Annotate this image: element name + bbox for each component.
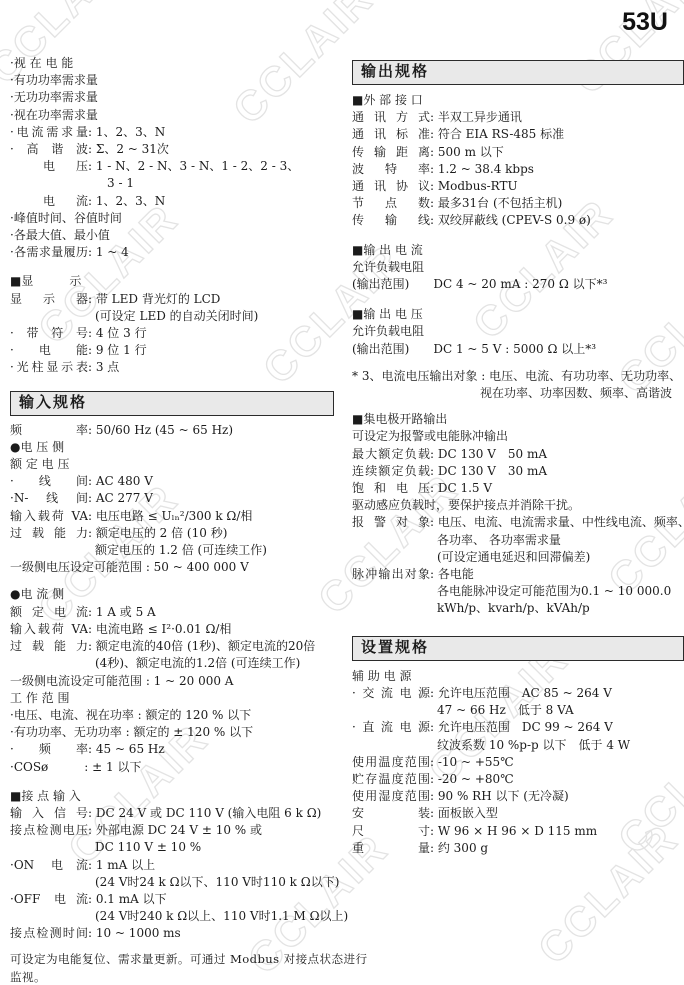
spec-line: 通讯标准: 符合 EIA RS-485 标准: [352, 126, 684, 143]
spec-value: : -10 ~ +55℃: [430, 754, 514, 771]
spec-line: 工 作 范 围: [10, 690, 334, 707]
spec-line: ·频率: 45 ~ 65 Hz: [10, 741, 334, 758]
spec-line: (24 V时24 k Ω以下、110 V时110 k Ω以下): [10, 874, 334, 891]
spec-label: 输入载荷 VA: [10, 508, 88, 525]
spec-value: : 电压、电流、电流需求量、中性线电流、频率、: [430, 514, 684, 531]
spec-line: ■输 出 电 压: [352, 306, 684, 323]
spec-label: ·电流需求量: [10, 124, 88, 141]
spec-line: ·光柱显示表: 3 点: [10, 359, 334, 376]
datasheet-page: CCLAIRCCLAIRCCLAIRCCLAIRCCLAIRCCLAIRCCLA…: [0, 0, 684, 985]
spec-value: : 0.1 mA 以下: [88, 891, 167, 908]
spec-line: ·有功功率、无功功率 : 额定的 ± 120 % 以下: [10, 724, 334, 741]
spec-value: : W 96 × H 96 × D 115 mm: [430, 823, 597, 840]
output-voltage-section: ■输 出 电 压允许负载电阻(输出范围) DC 1 ~ 5 V : 5000 Ω…: [352, 306, 684, 358]
spec-line: 输入载荷 VA: 电压电路 ≤ Uₗₙ²/300 k Ω/相: [10, 508, 334, 525]
spec-line: 监视。: [10, 968, 334, 985]
spec-line: ·电压、电流、视在功率 : 额定的 120 % 以下: [10, 707, 334, 724]
spec-line: 脉冲输出对象: 各电能: [352, 566, 684, 583]
spec-label: 接点检测时间: [10, 925, 88, 942]
spec-label: 电流: [10, 193, 88, 210]
spec-line: ·N-线间: AC 277 V: [10, 490, 334, 507]
spec-line: ■显 示: [10, 273, 334, 290]
model-number: 53U: [622, 8, 668, 37]
spec-line: 纹波系数 10 %p-p 以下 低于 4 W: [352, 737, 684, 754]
spec-label: ·线间: [10, 473, 88, 490]
spec-label: 传输距离: [352, 144, 430, 161]
spec-line: 传输距离: 500 m 以下: [352, 144, 684, 161]
spec-line: 波特率: 1.2 ~ 38.4 kbps: [352, 161, 684, 178]
spec-line: 尺寸: W 96 × H 96 × D 115 mm: [352, 823, 684, 840]
spec-line: 各功率、 各功率需求量: [352, 532, 684, 549]
spec-line: ■输 出 电 流: [352, 242, 684, 259]
spec-value: : 10 ~ 1000 ms: [88, 925, 181, 942]
spec-value: : 额定电压的 2 倍 (10 秒): [88, 525, 227, 542]
spec-line: 3 - 1: [10, 175, 334, 192]
spec-value: : 允许电压范围 AC 85 ~ 264 V: [430, 685, 612, 702]
spec-value: : 45 ~ 65 Hz: [88, 741, 165, 758]
spec-line: 接点检测电压: 外部电源 DC 24 V ± 10 % 或: [10, 822, 334, 839]
spec-line: ·无功功率需求量: [10, 89, 334, 106]
spec-line: 频率: 50/60 Hz (45 ~ 65 Hz): [10, 422, 334, 439]
spec-line: ·直流电源: 允许电压范围 DC 99 ~ 264 V: [352, 719, 684, 736]
spec-label: 贮存温度范围: [352, 771, 430, 788]
spec-value: : 1、2、3、N: [88, 124, 165, 141]
contact-input-note: 可设定为电能复位、需求量更新。可通过 Modbus 对接点状态进行监视。: [10, 950, 334, 985]
spec-line: ·ON 电流: 1 mA 以上: [10, 857, 334, 874]
spec-line: 通讯协议: Modbus-RTU: [352, 178, 684, 195]
setting-specs-header: 设置规格: [352, 636, 684, 661]
spec-label: 接点检测电压: [10, 822, 88, 839]
right-column: 输出规格■外 部 接 口通讯方式: 半双工异步通讯通讯标准: 符合 EIA RS…: [352, 0, 684, 857]
spec-line: 连续额定负载: DC 130 V 30 mA: [352, 463, 684, 480]
spec-label: 通讯协议: [352, 178, 430, 195]
spec-line: 额 定 电 压: [10, 456, 334, 473]
spec-line: ·线间: AC 480 V: [10, 473, 334, 490]
spec-value: : DC 130 V 50 mA: [430, 446, 547, 463]
spec-line: ·视 在 电 能: [10, 55, 334, 72]
spec-value: : DC 130 V 30 mA: [430, 463, 547, 480]
spec-value: : 1 mA 以上: [88, 857, 155, 874]
spec-label: 饱和电压: [352, 480, 430, 497]
display-section: ■显 示显示器: 带 LED 背光灯的 LCD(可设定 LED 的自动关闭时间)…: [10, 273, 334, 376]
spec-label: 连续额定负载: [352, 463, 430, 480]
spec-line: ■外 部 接 口: [352, 92, 684, 109]
spec-label: 显示器: [10, 291, 88, 308]
current-side-section: ●电 流 侧额定电流: 1 A 或 5 A输入载荷 VA: 电流电路 ≤ I²·…: [10, 586, 334, 775]
spec-line: 可设定为电能复位、需求量更新。可通过 Modbus 对接点状态进行: [10, 950, 334, 968]
spec-value: : Σ、2 ~ 31次: [88, 141, 169, 158]
spec-label: ·高谐波: [10, 141, 88, 158]
spec-line: ■集电极开路输出: [352, 411, 684, 428]
spec-line: kWh/p、kvarh/p、kVAh/p: [352, 600, 684, 617]
spec-line: ●电 压 侧: [10, 439, 334, 456]
spec-value: : 约 300 g: [430, 840, 488, 857]
spec-line: DC 110 V ± 10 %: [10, 839, 334, 856]
spec-line: 重量: 约 300 g: [352, 840, 684, 857]
spec-line: 使用温度范围: -10 ~ +55℃: [352, 754, 684, 771]
spec-label: ·交流电源: [352, 685, 430, 702]
spec-value: : AC 277 V: [88, 490, 153, 507]
spec-value: : 最多31台 (不包括主机): [430, 195, 562, 212]
spec-line: ·带符号: 4 位 3 行: [10, 325, 334, 342]
spec-line: 安装: 面板嵌入型: [352, 805, 684, 822]
spec-label: 传输线: [352, 212, 430, 229]
spec-line: 电流: 1、2、3、N: [10, 193, 334, 210]
spec-label: 输入载荷 VA: [10, 621, 88, 638]
spec-line: ·电流需求量: 1、2、3、N: [10, 124, 334, 141]
spec-value: : 1、2、3、N: [88, 193, 165, 210]
spec-value: : 允许电压范围 DC 99 ~ 264 V: [430, 719, 613, 736]
spec-line: 输入信号: DC 24 V 或 DC 110 V (输入电阻 6 k Ω): [10, 805, 334, 822]
spec-label: 过载能力: [10, 525, 88, 542]
spec-line: 过载能力: 额定电压的 2 倍 (10 秒): [10, 525, 334, 542]
spec-value: : 电流电路 ≤ I²·0.01 Ω/相: [88, 621, 231, 638]
spec-value: : Modbus-RTU: [430, 178, 518, 195]
spec-value: : AC 480 V: [88, 473, 153, 490]
spec-value: : 50/60 Hz (45 ~ 65 Hz): [88, 422, 233, 439]
spec-line: (4秒)、额定电流的1.2倍 (可连续工作): [10, 655, 334, 672]
auxiliary-power-section: 辅 助 电 源·交流电源: 允许电压范围 AC 85 ~ 264 V47 ~ 6…: [352, 668, 684, 857]
input-specs-header: 输入规格: [10, 391, 334, 416]
spec-line: 过载能力: 额定电流的40倍 (1秒)、额定电流的20倍: [10, 638, 334, 655]
spec-label: 使用湿度范围: [352, 788, 430, 805]
spec-label: 重量: [352, 840, 430, 857]
spec-line: ·视在功率需求量: [10, 107, 334, 124]
spec-line: ·高谐波: Σ、2 ~ 31次: [10, 141, 334, 158]
spec-value: : 1 A 或 5 A: [88, 604, 156, 621]
spec-value: : 电压电路 ≤ Uₗₙ²/300 k Ω/相: [88, 508, 252, 525]
spec-label: ·带符号: [10, 325, 88, 342]
spec-line: 饱和电压: DC 1.5 V: [352, 480, 684, 497]
spec-label: 脉冲输出对象: [352, 566, 430, 583]
star3-footnote: * 3、电流电压输出对象 : 电压、电流、有功功率、无功功率、视在功率、功率因数…: [352, 368, 684, 402]
voltage-side-section: 频率: 50/60 Hz (45 ~ 65 Hz)●电 压 侧额 定 电 压·线…: [10, 422, 334, 577]
spec-label: 通讯方式: [352, 109, 430, 126]
spec-label: ·电能: [10, 342, 88, 359]
open-collector-section: ■集电极开路输出可设定为报警或电能脉冲输出最大额定负载: DC 130 V 50…: [352, 411, 684, 617]
spec-line: 通讯方式: 半双工异步通讯: [352, 109, 684, 126]
spec-line: 视在功率、功率因数、频率、高谐波: [352, 385, 684, 402]
spec-value: : 4 位 3 行: [88, 325, 147, 342]
external-interface-section: ■外 部 接 口通讯方式: 半双工异步通讯通讯标准: 符合 EIA RS-485…: [352, 92, 684, 230]
spec-label: 电压: [10, 158, 88, 175]
spec-line: 报警对象: 电压、电流、电流需求量、中性线电流、频率、: [352, 514, 684, 531]
left-column: ·视 在 电 能·有功功率需求量·无功功率需求量·视在功率需求量·电流需求量: …: [10, 0, 334, 985]
spec-label: ·ON 电流: [10, 857, 88, 874]
spec-label: 额定电流: [10, 604, 88, 621]
spec-line: (输出范围) DC 4 ~ 20 mA : 270 Ω 以下*³: [352, 276, 684, 293]
spec-value: : DC 1.5 V: [430, 480, 492, 497]
spec-line: ·峰值时间、谷值时间: [10, 210, 334, 227]
spec-line: 允许负载电阻: [352, 259, 684, 276]
spec-line: 一级侧电流设定可能范围 : 1 ~ 20 000 A: [10, 673, 334, 690]
spec-label: 使用温度范围: [352, 754, 430, 771]
spec-line: 驱动感应负载时，要保护接点并消除干扰。: [352, 497, 684, 514]
spec-value: : 额定电流的40倍 (1秒)、额定电流的20倍: [88, 638, 315, 655]
spec-line: 使用湿度范围: 90 % RH 以下 (无冷凝): [352, 788, 684, 805]
spec-line: 最大额定负载: DC 130 V 50 mA: [352, 446, 684, 463]
spec-value: : 1 - N、2 - N、3 - N、1 - 2、2 - 3、: [88, 158, 299, 175]
spec-line: 接点检测时间: 10 ~ 1000 ms: [10, 925, 334, 942]
spec-line: * 3、电流电压输出对象 : 电压、电流、有功功率、无功功率、: [352, 368, 684, 385]
spec-value: : 1.2 ~ 38.4 kbps: [430, 161, 534, 178]
spec-value: : 1 ~ 4: [88, 244, 129, 261]
spec-line: 显示器: 带 LED 背光灯的 LCD: [10, 291, 334, 308]
spec-value: : 双绞屏蔽线 (CPEV-S 0.9 ø): [430, 212, 591, 229]
spec-line: (输出范围) DC 1 ~ 5 V : 5000 Ω 以上*³: [352, 341, 684, 358]
spec-label: ·OFF 电流: [10, 891, 88, 908]
spec-line: ·各最大值、最小值: [10, 227, 334, 244]
spec-line: 电压: 1 - N、2 - N、3 - N、1 - 2、2 - 3、: [10, 158, 334, 175]
spec-line: ·COSø : ± 1 以下: [10, 759, 334, 776]
spec-label: 波特率: [352, 161, 430, 178]
spec-label: 通讯标准: [352, 126, 430, 143]
spec-line: 一级侧电压设定可能范围 : 50 ~ 400 000 V: [10, 559, 334, 576]
spec-label: 安装: [352, 805, 430, 822]
spec-line: (24 V时240 k Ω以上、110 V时1.1 M Ω以上): [10, 908, 334, 925]
spec-line: ■接 点 输 入: [10, 788, 334, 805]
spec-label: 节点数: [352, 195, 430, 212]
spec-line: 各电能脉冲设定可能范围为0.1 ~ 10 000.0: [352, 583, 684, 600]
spec-label: 频率: [10, 422, 88, 439]
spec-line: 输入载荷 VA: 电流电路 ≤ I²·0.01 Ω/相: [10, 621, 334, 638]
spec-label: 过载能力: [10, 638, 88, 655]
spec-line: 允许负载电阻: [352, 323, 684, 340]
spec-value: : DC 24 V 或 DC 110 V (输入电阻 6 k Ω): [88, 805, 321, 822]
spec-value: : 90 % RH 以下 (无冷凝): [430, 788, 569, 805]
spec-value: : 半双工异步通讯: [430, 109, 522, 126]
spec-label: 输入信号: [10, 805, 88, 822]
spec-value: : 各电能: [430, 566, 474, 583]
spec-label: ·直流电源: [352, 719, 430, 736]
spec-label: 报警对象: [352, 514, 430, 531]
spec-line: 额定电流: 1 A 或 5 A: [10, 604, 334, 621]
spec-value: : 面板嵌入型: [430, 805, 498, 822]
spec-line: 47 ~ 66 Hz 低于 8 VA: [352, 702, 684, 719]
spec-label: 尺寸: [352, 823, 430, 840]
spec-line: ·OFF 电流: 0.1 mA 以下: [10, 891, 334, 908]
spec-label: ·N-线间: [10, 490, 88, 507]
spec-label: 最大额定负载: [352, 446, 430, 463]
spec-line: ·电能: 9 位 1 行: [10, 342, 334, 359]
spec-line: 贮存温度范围: -20 ~ +80℃: [352, 771, 684, 788]
spec-line: 节点数: 最多31台 (不包括主机): [352, 195, 684, 212]
spec-value: : 9 位 1 行: [88, 342, 147, 359]
spec-value: : 3 点: [88, 359, 119, 376]
spec-value: : 外部电源 DC 24 V ± 10 % 或: [88, 822, 262, 839]
spec-label: ·光柱显示表: [10, 359, 88, 376]
contact-input-section: ■接 点 输 入输入信号: DC 24 V 或 DC 110 V (输入电阻 6…: [10, 788, 334, 943]
spec-line: (可设定 LED 的自动关闭时间): [10, 308, 334, 325]
output-specs-header: 输出规格: [352, 60, 684, 85]
output-current-section: ■输 出 电 流允许负载电阻(输出范围) DC 4 ~ 20 mA : 270 …: [352, 242, 684, 294]
spec-line: ·有功功率需求量: [10, 72, 334, 89]
spec-line: (可设定通电延迟和回滞偏差): [352, 549, 684, 566]
measured-items-list: ·视 在 电 能·有功功率需求量·无功功率需求量·视在功率需求量·电流需求量: …: [10, 55, 334, 261]
spec-label: ·频率: [10, 741, 88, 758]
spec-value: : 带 LED 背光灯的 LCD: [88, 291, 220, 308]
spec-line: 可设定为报警或电能脉冲输出: [352, 428, 684, 445]
spec-line: 传输线: 双绞屏蔽线 (CPEV-S 0.9 ø): [352, 212, 684, 229]
spec-value: : -20 ~ +80℃: [430, 771, 514, 788]
spec-value: : 500 m 以下: [430, 144, 504, 161]
spec-line: ●电 流 侧: [10, 586, 334, 603]
spec-label: ·各需求量履历: [10, 244, 88, 261]
spec-line: ·各需求量履历: 1 ~ 4: [10, 244, 334, 261]
spec-line: 辅 助 电 源: [352, 668, 684, 685]
spec-value: : 符合 EIA RS-485 标准: [430, 126, 564, 143]
spec-line: 额定电压的 1.2 倍 (可连续工作): [10, 542, 334, 559]
spec-line: ·交流电源: 允许电压范围 AC 85 ~ 264 V: [352, 685, 684, 702]
